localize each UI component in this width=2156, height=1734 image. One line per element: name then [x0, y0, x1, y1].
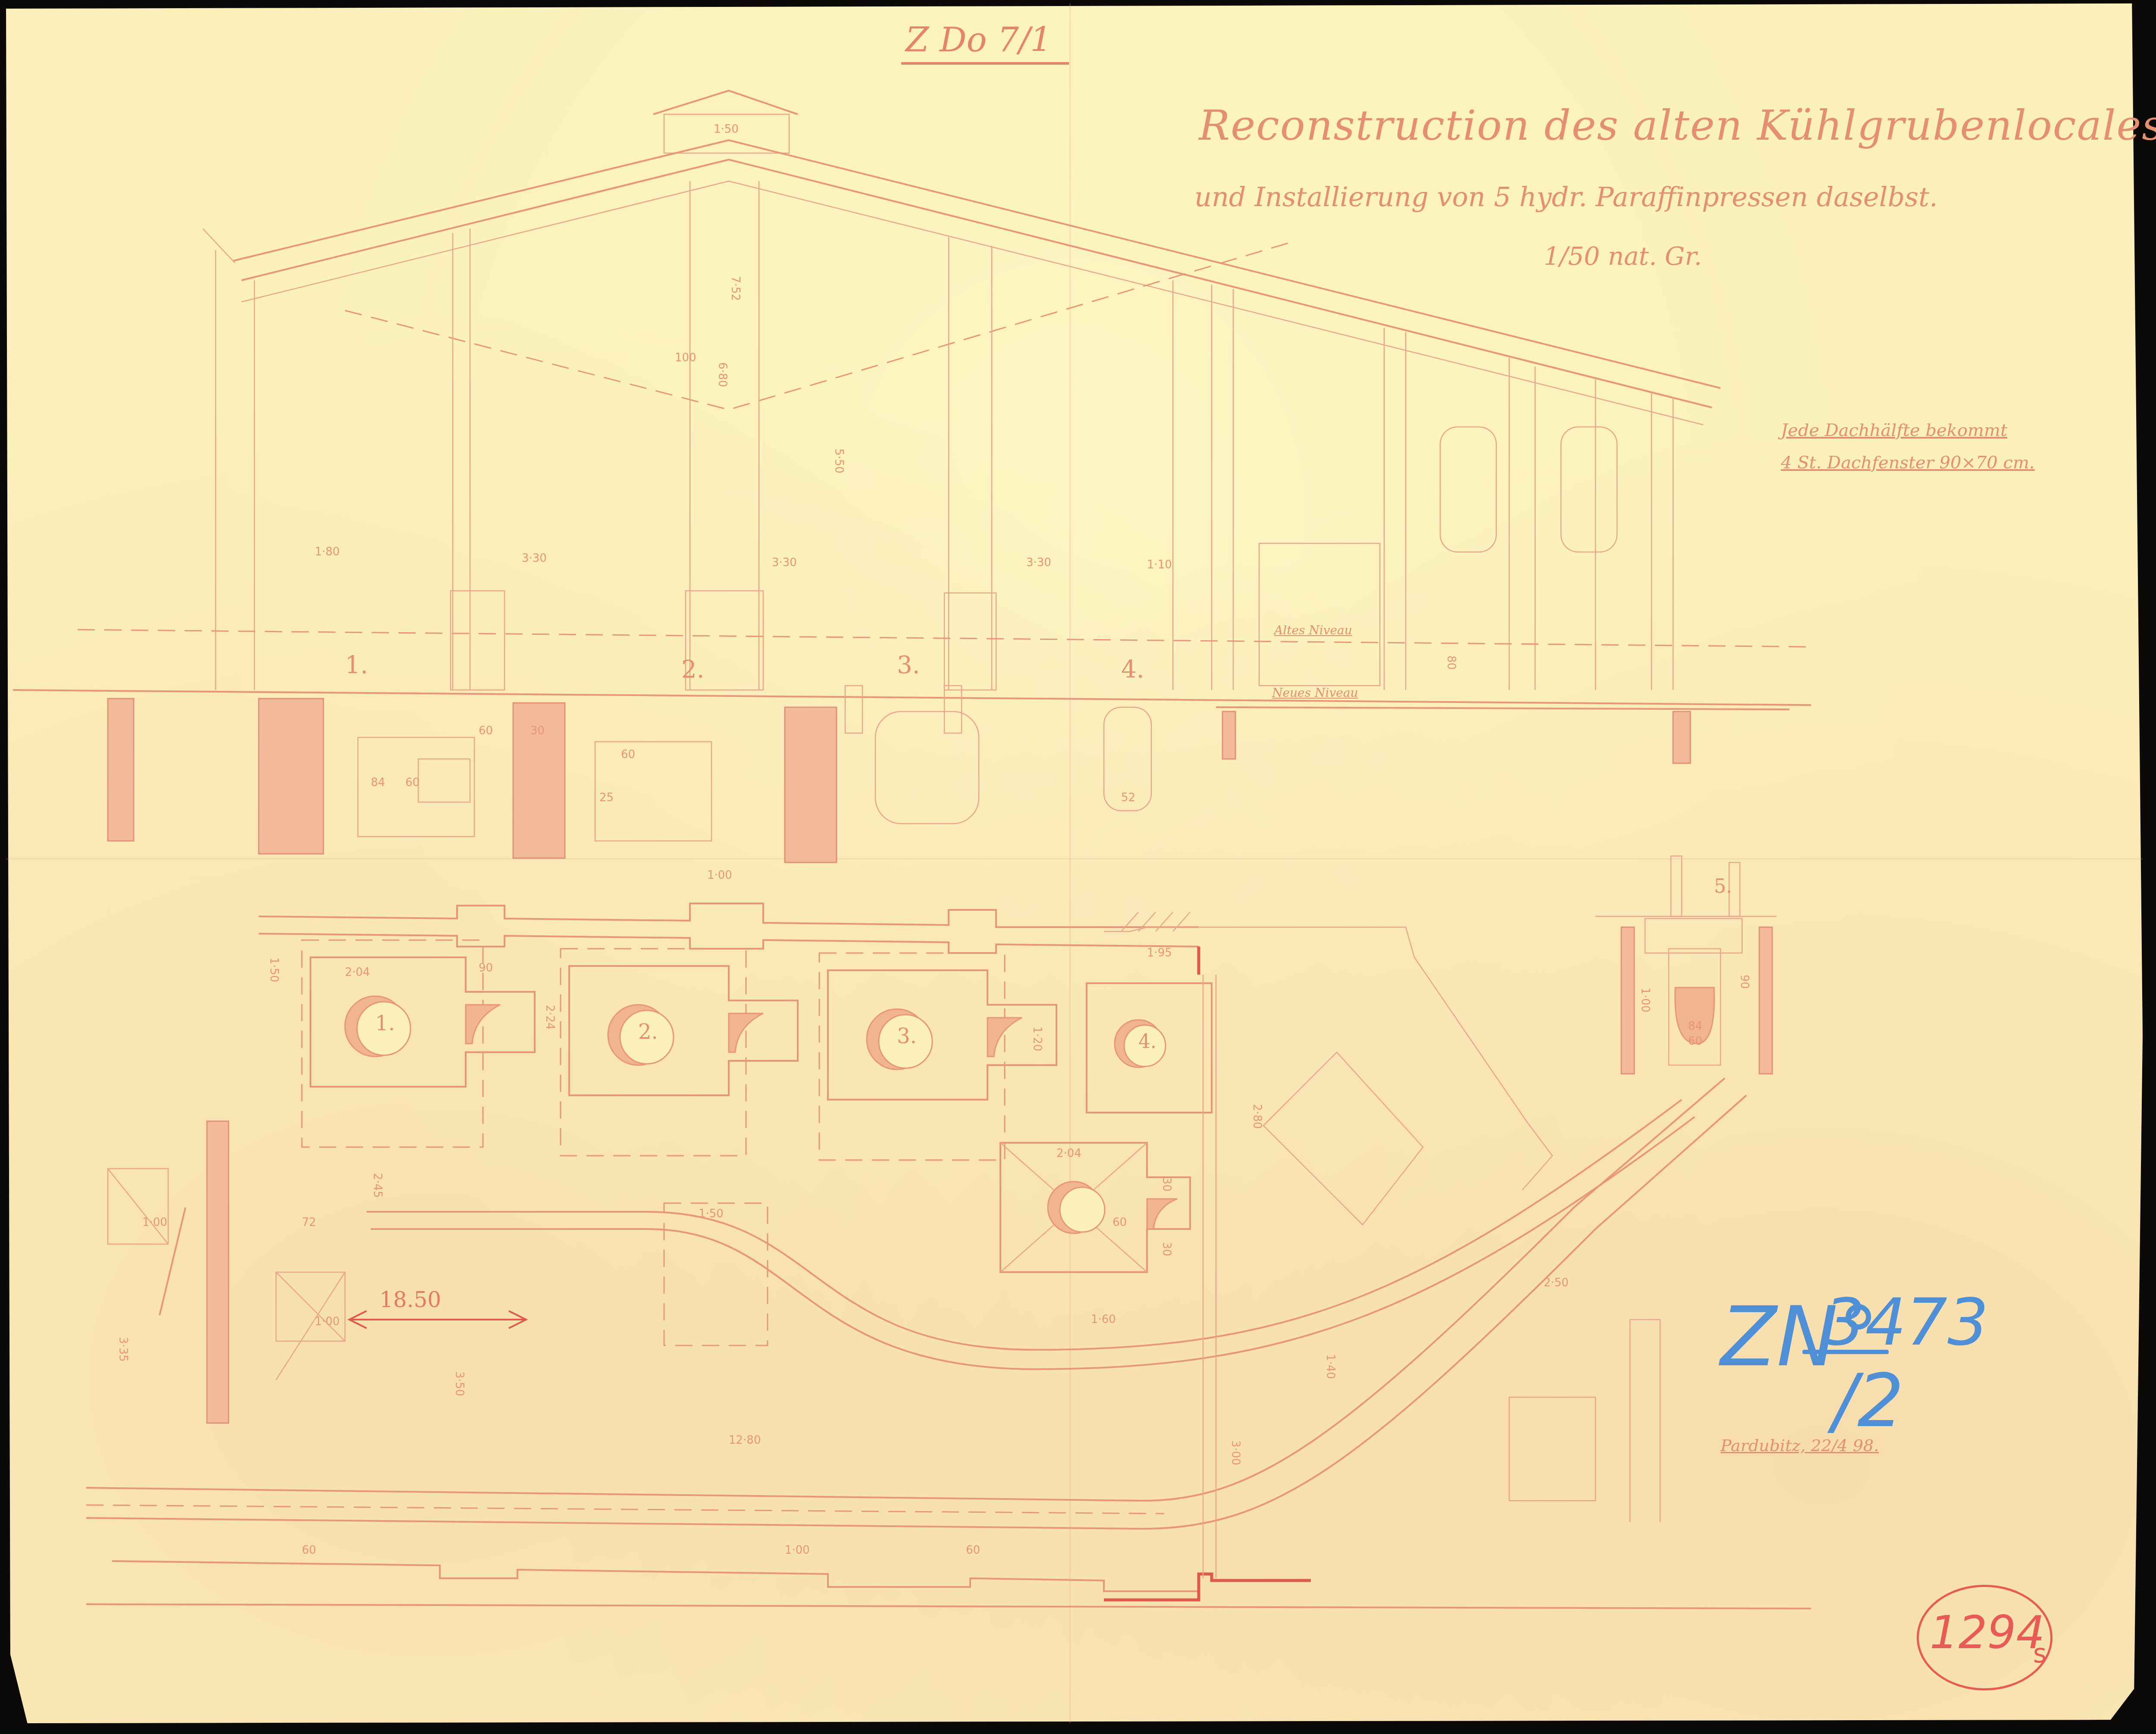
roof-lantern-cap: [653, 91, 798, 114]
dimension-18-50-label: 18.50: [379, 1287, 441, 1312]
dim-label: 90: [1738, 975, 1751, 989]
wall-top-inner: [259, 934, 1199, 953]
dim-label: 25: [599, 791, 614, 804]
dim-label: 30: [530, 724, 545, 737]
drawing-title: Reconstruction des alten Kühlgrubenlocal…: [1199, 101, 2156, 150]
dim-label: 1·60: [1091, 1313, 1116, 1326]
dim-label: 60: [479, 724, 493, 737]
hatched-wall-left: [1121, 912, 1190, 931]
plan-press-label: 4.: [1138, 1031, 1156, 1053]
window-2: [1561, 427, 1617, 552]
dim-label: 1·10: [1147, 558, 1172, 571]
dim-label: 6·80: [716, 362, 729, 387]
elevation-press-label: 3.: [897, 651, 920, 679]
dim-label: 52: [1121, 791, 1135, 804]
dim-label: 60: [1112, 1216, 1127, 1229]
archive-number: 3473: [1824, 1285, 1989, 1360]
drawing-subtitle: und Installierung von 5 hydr. Paraffinpr…: [1194, 181, 1938, 213]
rail-curve-outer: [367, 1100, 1682, 1350]
roof-window-note-line2: 4 St. Dachfenster 90×70 cm.: [1781, 453, 2035, 473]
dim-label: 7·52: [729, 276, 742, 301]
dim-label: 30: [1160, 1242, 1173, 1256]
ground-right: [1216, 707, 1789, 709]
plan-right-walls: [1203, 975, 1660, 1578]
dim-label: 1·80: [315, 546, 340, 558]
archive-subnumber: /2: [1833, 1358, 1904, 1444]
dim-label: 30: [1160, 1177, 1173, 1192]
dim-label: 84: [1688, 1020, 1702, 1033]
dim-label: 1·00: [315, 1315, 340, 1328]
elevation-press-label: 2.: [681, 655, 704, 684]
sketched-quad: [1263, 1052, 1423, 1225]
reference-code-top: Z Do 7/1: [901, 21, 1069, 65]
dim-label: 1·00: [142, 1216, 167, 1229]
roof-window-note-line1: Jede Dachhälfte bekommt: [1781, 420, 2007, 440]
dim-label: 2·45: [371, 1173, 384, 1198]
dim-label: 12·80: [729, 1434, 761, 1447]
dim-label: 3·50: [453, 1371, 466, 1396]
rail-straight-inner: [86, 1095, 1746, 1529]
new-level-label: Neues Niveau: [1272, 686, 1358, 700]
plan-press-label: 3.: [897, 1024, 917, 1048]
angled-wall: [1104, 927, 1552, 1190]
dim-label: 3·30: [772, 556, 797, 569]
dim-label: 2·04: [345, 966, 370, 979]
technical-drawing: [0, 0, 2156, 1734]
rail-straight-outer: [86, 1078, 1725, 1501]
dim-label: 72: [302, 1216, 316, 1229]
dim-label: 1·40: [1324, 1354, 1337, 1379]
dim-label: 2·24: [543, 1005, 556, 1030]
left-hatched-wall: [207, 1121, 229, 1423]
wall-bottom: [112, 1561, 1199, 1591]
press-foundations: [302, 940, 1212, 1272]
plan-press-label: 1.: [375, 1011, 395, 1035]
dim-label: 1·20: [1031, 1026, 1044, 1051]
plan-press-label: 2.: [638, 1020, 658, 1044]
dimension-arrow-18-50: [349, 1311, 526, 1328]
dim-label: 1·95: [1147, 947, 1172, 960]
dim-label: 5·50: [832, 448, 845, 473]
dim-label: 3·30: [522, 552, 547, 565]
dim-label: 60: [621, 748, 635, 761]
gutter-left: [203, 229, 235, 263]
dim-label: 3·35: [116, 1337, 129, 1362]
dashed-rect-1-50: [664, 1203, 768, 1345]
elevation-press-label: 1.: [345, 651, 368, 679]
dim-label: 100: [675, 351, 696, 364]
red-wall-bottom: [1104, 1574, 1311, 1600]
roof-outline-upper: [233, 140, 1720, 388]
dim-label: 84: [371, 776, 385, 789]
door-opening: [1259, 543, 1380, 686]
press-pits-section: [108, 686, 1690, 862]
dim-label: 1·00: [707, 869, 732, 882]
dim-label: 60: [1688, 1035, 1702, 1048]
dim-label: 2·50: [1544, 1276, 1569, 1289]
window-1: [1440, 427, 1496, 552]
rail-centerline: [86, 1505, 1164, 1514]
dim-label: 1·50: [267, 957, 280, 982]
dim-label: 60: [405, 776, 420, 789]
dim-label: 1·50: [714, 123, 739, 136]
detail-5-section: [1595, 856, 1777, 1074]
stamp-number: 1294: [1930, 1606, 2045, 1659]
dim-label: 1·50: [699, 1207, 724, 1220]
dim-label: 1·00: [1639, 988, 1651, 1013]
floor-plan: [86, 903, 1811, 1609]
dim-label: 80: [1445, 655, 1457, 670]
dim-label: 60: [966, 1544, 980, 1557]
dim-label: 2·04: [1056, 1147, 1081, 1160]
wall-top-outer: [259, 903, 1199, 927]
dim-label: 1·00: [785, 1544, 810, 1557]
dim-label: 90: [479, 962, 493, 975]
old-level-label: Altes Niveau: [1274, 623, 1352, 637]
dim-label: 3·30: [1026, 556, 1051, 569]
dim-label: 2·80: [1250, 1104, 1263, 1129]
dim-label: 3·00: [1229, 1440, 1242, 1465]
archive-fraction-bar: [1802, 1350, 1889, 1354]
elevation-press-label: 4.: [1121, 655, 1144, 684]
dim-label: 60: [302, 1544, 316, 1557]
drawing-scale: 1/50 nat. Gr.: [1544, 241, 1702, 271]
detail-5-label: 5.: [1714, 875, 1732, 897]
wall-bottom-outer: [86, 1604, 1811, 1609]
stamp-suffix: s: [2033, 1639, 2046, 1669]
roof-rafter: [241, 181, 1703, 425]
